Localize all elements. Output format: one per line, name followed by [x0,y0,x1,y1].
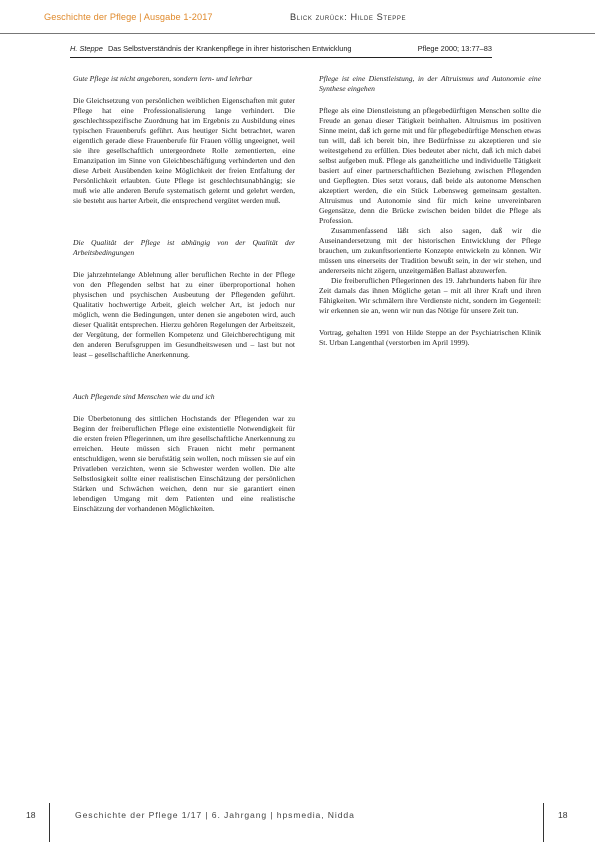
page-number-left: 18 [26,810,36,820]
running-head: H. Steppe Das Selbstverständnis der Kran… [70,44,492,58]
section-qualitaet: Die Qualität der Pflege ist abhängig von… [73,238,295,360]
section-title: Blick zurück: Hilde Steppe [290,12,406,22]
running-head-citation: Pflege 2000; 13:77–83 [418,44,492,53]
left-column: Gute Pflege ist nicht angeboren, sondern… [73,74,295,514]
page-number-right: 18 [558,810,568,820]
section-heading: Pflege ist eine Dienstleistung, in der A… [319,74,541,94]
running-head-author: H. Steppe [70,44,103,53]
section-heading: Auch Pflegende sind Menschen wie du und … [73,392,295,402]
paragraph: Die jahrzehntelange Ablehnung aller beru… [73,270,295,360]
section-menschen: Auch Pflegende sind Menschen wie du und … [73,392,295,514]
running-head-title: Das Selbstverständnis der Krankenpflege … [108,44,352,53]
paragraph: Die Gleichsetzung von persönlichen weibl… [73,96,295,206]
section-heading: Die Qualität der Pflege ist abhängig von… [73,238,295,258]
paragraph: Zusammenfassend läßt sich also sagen, da… [319,226,541,276]
footer-divider-right [543,803,544,842]
header-divider [0,33,595,34]
footer-divider-left [49,803,50,842]
section-dienstleistung: Pflege ist eine Dienstleistung, in der A… [319,74,541,316]
paragraph: Die freiberuflichen Pflegerinnen des 19.… [319,276,541,316]
paragraph: Die Überbetonung des sittlichen Hochstan… [73,414,295,514]
journal-issue-title: Geschichte der Pflege | Ausgabe 1-2017 [44,12,213,22]
section-gute-pflege: Gute Pflege ist nicht angeboren, sondern… [73,74,295,206]
page-footer: 18 Geschichte der Pflege 1/17 | 6. Jahrg… [0,808,595,842]
footer-publication: Geschichte der Pflege 1/17 | 6. Jahrgang… [75,810,355,820]
section-heading: Gute Pflege ist nicht angeboren, sondern… [73,74,295,84]
paragraph: Pflege als eine Dienstleistung an pflege… [319,106,541,226]
source-note: Vortrag, gehalten 1991 von Hilde Steppe … [319,328,541,348]
right-column: Pflege ist eine Dienstleistung, in der A… [319,74,541,348]
